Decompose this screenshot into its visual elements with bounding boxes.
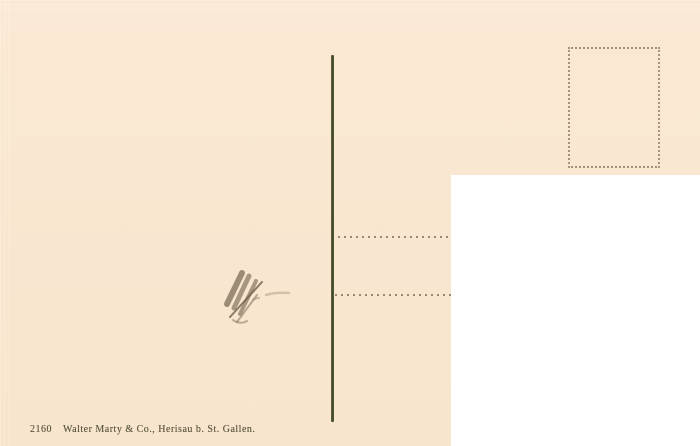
scan-missing-area <box>451 175 700 446</box>
stamp-box <box>568 47 660 168</box>
publisher-number: 2160 <box>30 424 52 435</box>
pencil-scribble <box>213 262 308 328</box>
postcard-scan: 2160Walter Marty & Co., Herisau b. St. G… <box>0 0 700 446</box>
publisher-name: Walter Marty & Co., Herisau b. St. Galle… <box>63 424 255 435</box>
postcard-back: 2160Walter Marty & Co., Herisau b. St. G… <box>0 0 700 446</box>
address-line-2 <box>335 294 451 296</box>
divider-line <box>331 55 334 422</box>
publisher-imprint: 2160Walter Marty & Co., Herisau b. St. G… <box>30 424 255 436</box>
address-line-1 <box>338 236 451 238</box>
